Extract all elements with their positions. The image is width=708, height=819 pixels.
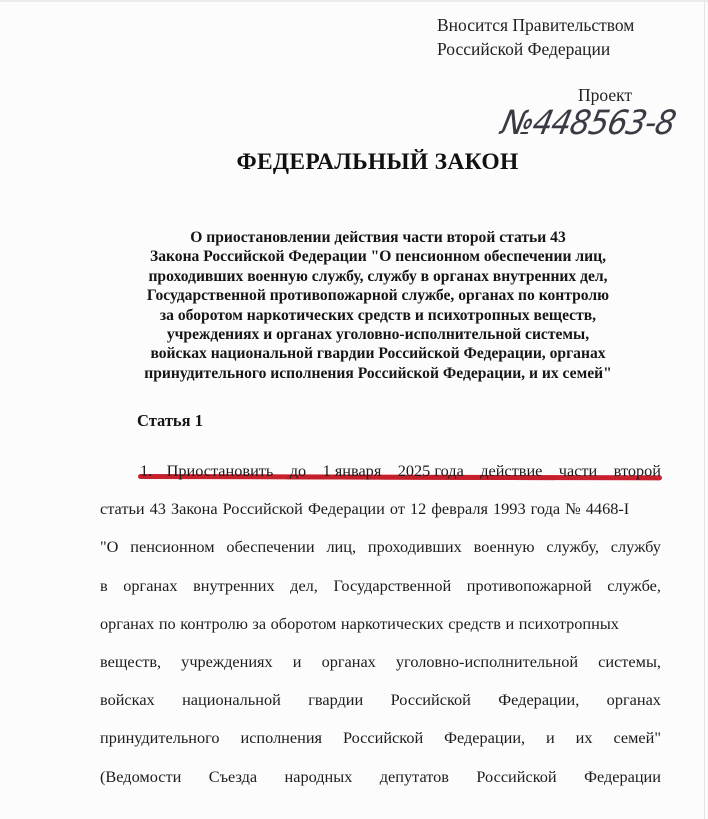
handwritten-registration-number: №448563-8 <box>498 104 679 143</box>
subtitle-line: Государственной противопожарной службе, … <box>100 286 656 305</box>
subtitle-line: войсках национальной гвардии Российской … <box>100 344 656 363</box>
body-line: статьи 43 Закона Российской Федерации от… <box>100 490 661 528</box>
scan-right-edge <box>704 0 705 819</box>
subtitle-line: за оборотом наркотических средств и псих… <box>100 306 656 325</box>
body-line: войсках национальной гвардии Российской … <box>100 681 661 719</box>
body-line: в органах внутренних дел, Государственно… <box>100 567 661 605</box>
article-heading: Статья 1 <box>137 411 203 431</box>
body-line: органах по контролю за оборотом наркотич… <box>100 605 661 643</box>
subtitle-line: Закона Российской Федерации "О пенсионно… <box>100 247 656 266</box>
body-line: принудительного исполнения Российской Фе… <box>100 719 661 757</box>
body-line: (Ведомости Съезда народных депутатов Рос… <box>100 758 661 796</box>
article-body: 1. Приостановить до 1 января 2025 года д… <box>100 452 661 796</box>
subtitle-line: проходивших военную службу, службу в орг… <box>100 267 656 286</box>
body-line: веществ, учреждениях и органах уголовно-… <box>100 643 661 681</box>
document-page: Вносится Правительством Российской Федер… <box>0 0 708 819</box>
subtitle-line: О приостановлении действия части второй … <box>100 228 656 247</box>
submitter-line-1: Вносится Правительством <box>437 13 634 37</box>
submitter-line-2: Российской Федерации <box>437 37 634 61</box>
document-title: ФЕДЕРАЛЬНЫЙ ЗАКОН <box>0 149 708 176</box>
body-line: "О пенсионном обеспечении лиц, проходивш… <box>100 528 661 566</box>
subtitle-line: учреждениях и органах уголовно-исполните… <box>100 325 656 344</box>
scan-top-edge <box>0 0 708 2</box>
body-line: 1. Приостановить до 1 января 2025 года д… <box>100 452 661 490</box>
paragraph-number: 1. <box>140 452 152 490</box>
submitter-block: Вносится Правительством Российской Федер… <box>437 13 634 61</box>
subtitle-line: принудительного исполнения Российской Фе… <box>100 364 656 383</box>
project-label: Проект <box>578 85 632 106</box>
law-subtitle: О приостановлении действия части второй … <box>100 228 656 383</box>
